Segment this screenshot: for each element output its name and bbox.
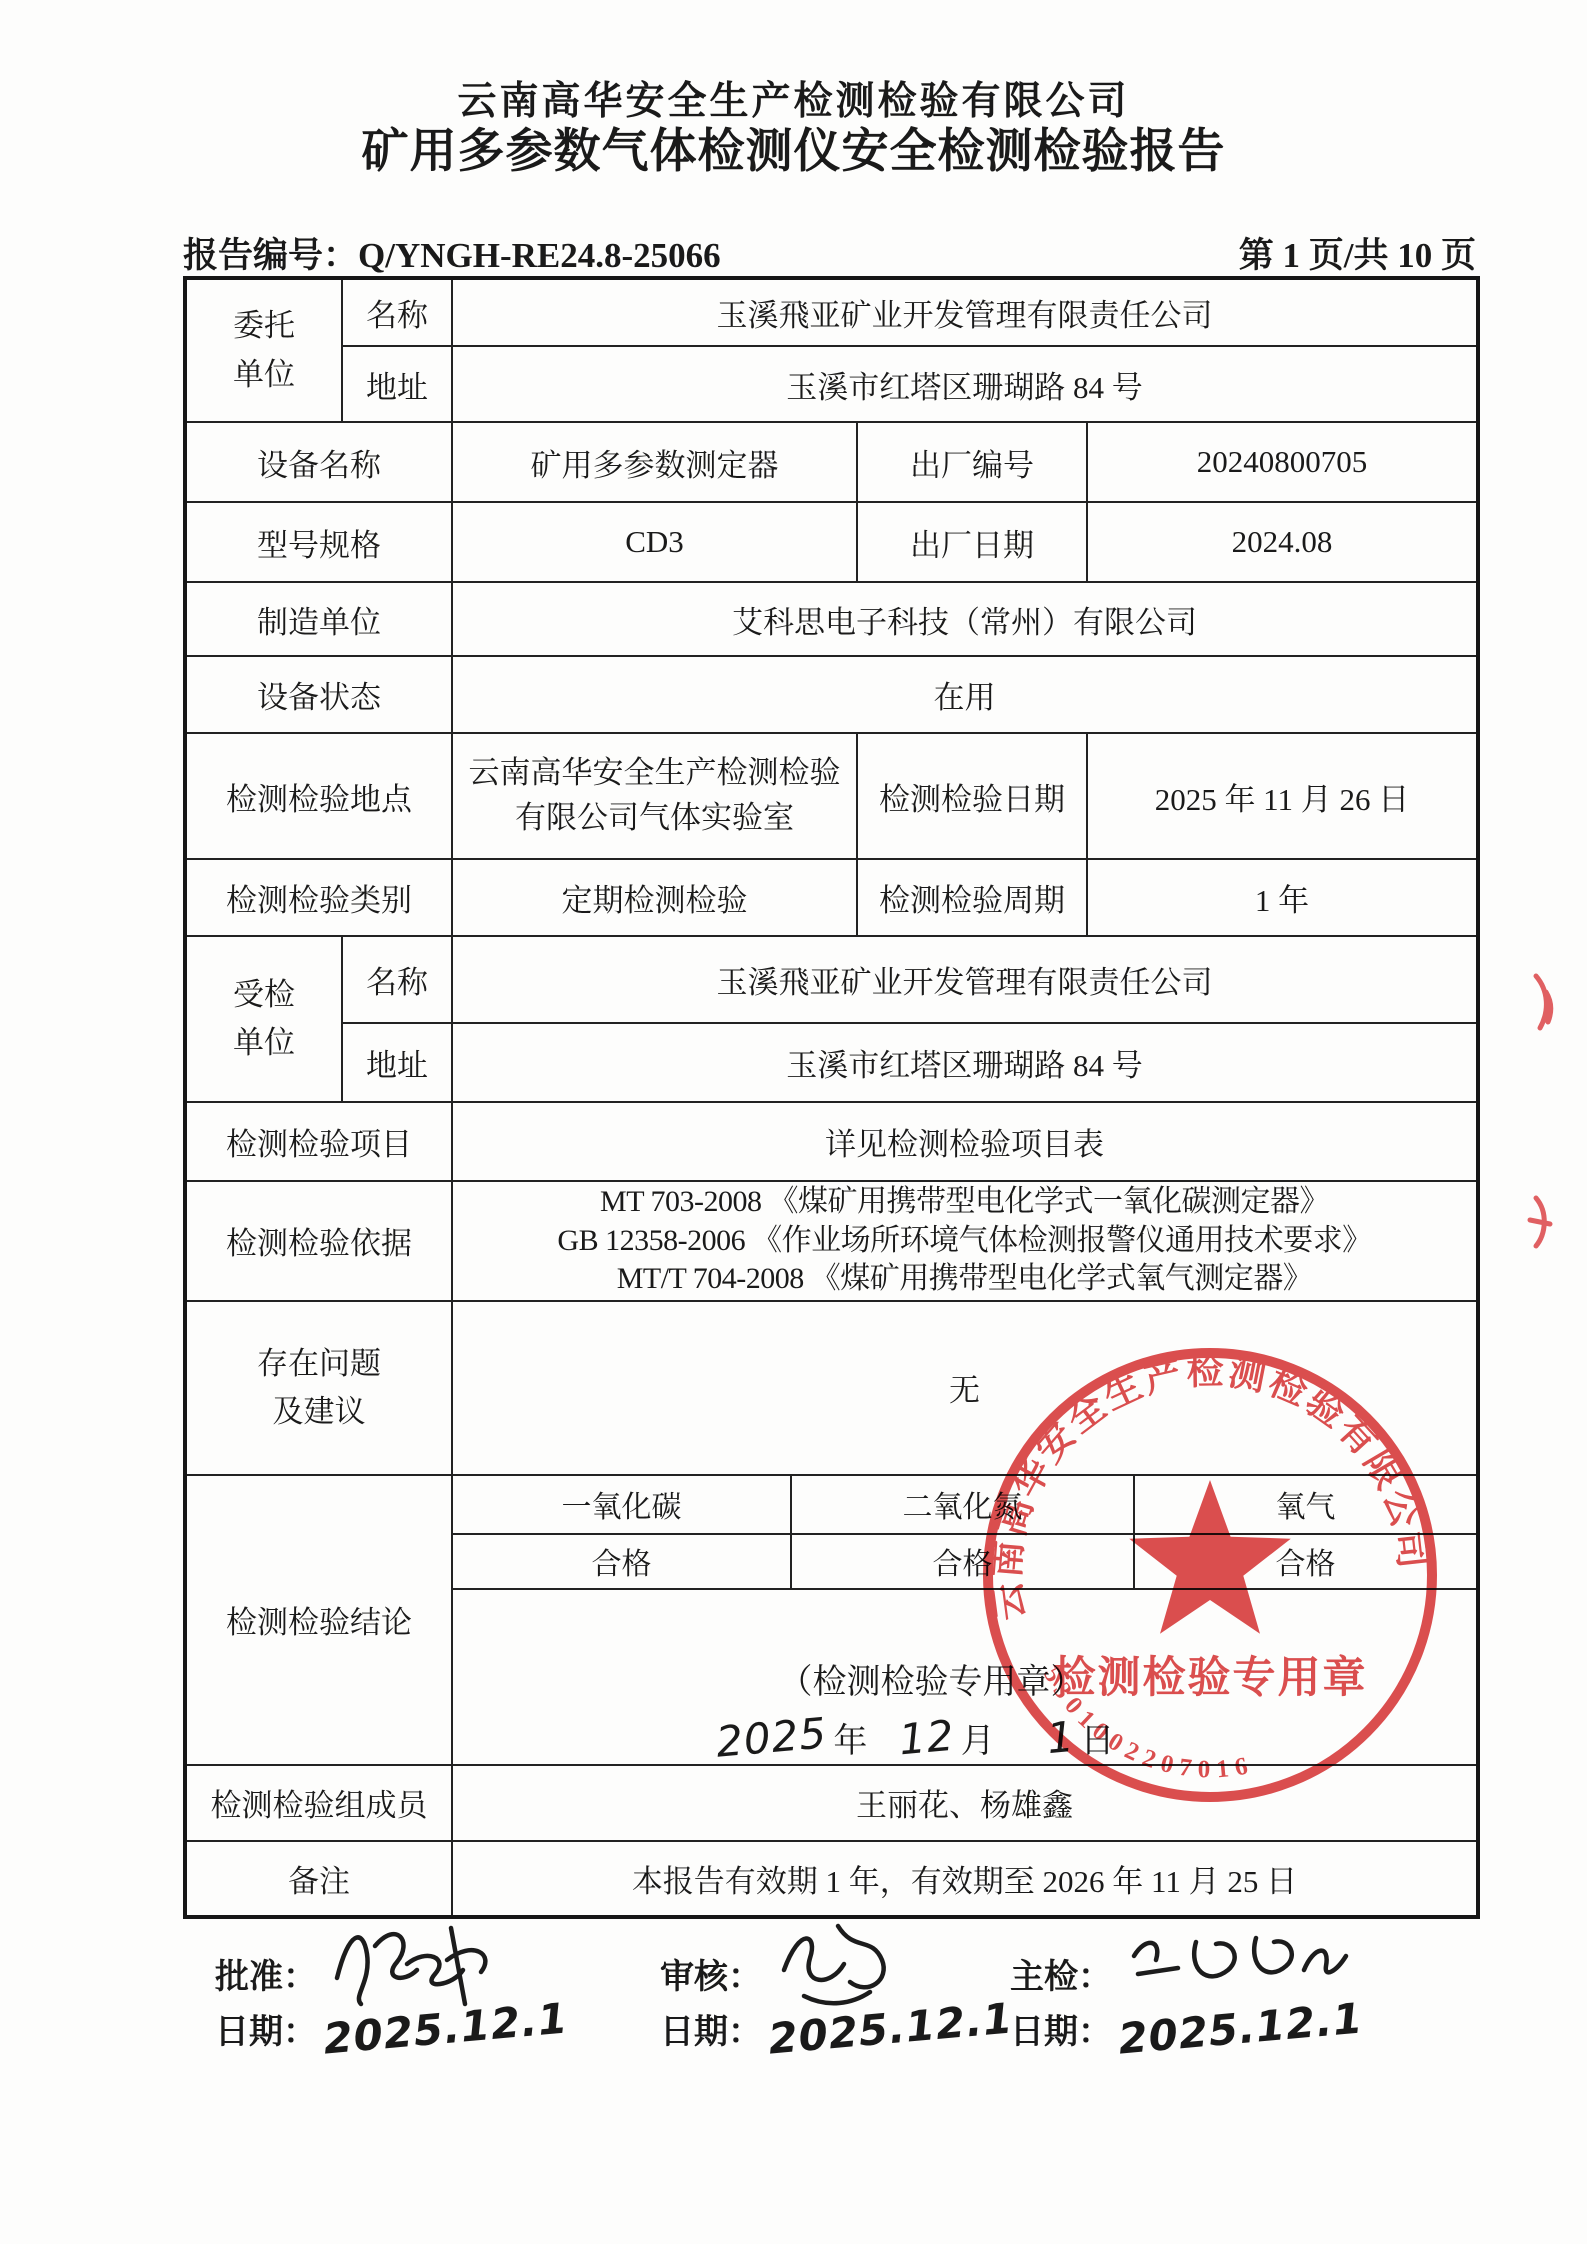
chief-block: 主检： 日期： 2025.12.1 (1010, 1912, 1430, 2053)
device-name-label: 设备名称 (185, 422, 452, 502)
handwritten-month: 12 (897, 1710, 957, 1764)
inspection-date-label: 检测检验日期 (857, 733, 1087, 859)
seal-star (1129, 1480, 1291, 1634)
table-row: 地址 玉溪市红塔区珊瑚路 84 号 (185, 346, 1478, 422)
handwritten-year: 2025 (715, 1708, 830, 1765)
problems-label: 存在问题及建议 (185, 1301, 452, 1475)
table-row: 设备名称 矿用多参数测定器 出厂编号 20240800705 (185, 422, 1478, 502)
table-row: 制造单位 艾科思电子科技（常州）有限公司 (185, 582, 1478, 656)
review-date-label: 日期： (660, 2004, 762, 2053)
device-status-label: 设备状态 (185, 656, 452, 733)
approve-block: 批准： 日期： 2025.12.1 (215, 1912, 635, 2053)
table-row: 检测检验地点 云南高华安全生产检测检验有限公司气体实验室 检测检验日期 2025… (185, 733, 1478, 859)
device-name-value: 矿用多参数测定器 (452, 422, 857, 502)
table-row: 地址 玉溪市红塔区珊瑚路 84 号 (185, 1023, 1478, 1102)
device-status-value: 在用 (452, 656, 1478, 733)
inspection-place-label: 检测检验地点 (185, 733, 452, 859)
chief-label: 主检： (1010, 1949, 1112, 1998)
chief-date-label: 日期： (1010, 2004, 1112, 2053)
basis-line: GB 12358-2006 《作业场所环境气体检测报警仪通用技术要求》 (461, 1223, 1468, 1260)
table-row: 委托单位 名称 玉溪飛亚矿业开发管理有限责任公司 (185, 278, 1478, 346)
scan-mark (1528, 972, 1558, 1032)
device-maker-label: 制造单位 (185, 582, 452, 656)
review-signature (768, 1912, 918, 2012)
client-addr-label: 地址 (342, 346, 452, 422)
report-number: 报告编号：Q/YNGH-RE24.8-25066 (183, 228, 721, 278)
approve-label: 批准： (215, 1949, 317, 1998)
gas-co: 一氧化碳 (452, 1475, 791, 1534)
inspection-place-value: 云南高华安全生产检测检验有限公司气体实验室 (452, 733, 857, 859)
device-mfgdate-label: 出厂日期 (857, 502, 1087, 582)
items-label: 检测检验项目 (185, 1102, 452, 1181)
report-meta-line: 报告编号：Q/YNGH-RE24.8-25066 第 1 页/共 10 页 (183, 228, 1476, 278)
remark-label: 备注 (185, 1841, 452, 1917)
client-name-value: 玉溪飛亚矿业开发管理有限责任公司 (452, 278, 1478, 346)
approve-date-label: 日期： (215, 2004, 317, 2053)
client-name-label: 名称 (342, 278, 452, 346)
scan-mark (1526, 1192, 1556, 1252)
approve-signature (323, 1912, 523, 2012)
table-row: 设备状态 在用 (185, 656, 1478, 733)
result-co: 合格 (452, 1534, 791, 1589)
inspection-type-value: 定期检测检验 (452, 859, 857, 936)
client-group-label: 委托单位 (185, 278, 342, 422)
table-row: 型号规格 CD3 出厂日期 2024.08 (185, 502, 1478, 582)
official-seal: 云南高华安全生产检测检验有限公司 检测检验专用章 5301002207016 (975, 1340, 1445, 1810)
basis-label: 检测检验依据 (185, 1181, 452, 1301)
inspected-group-label: 受检单位 (185, 936, 342, 1102)
device-model-value: CD3 (452, 502, 857, 582)
table-row: 备注 本报告有效期 1 年，有效期至 2026 年 11 月 25 日 (185, 1841, 1478, 1917)
report-title: 矿用多参数气体检测仪安全检测检验报告 (0, 114, 1587, 181)
inspected-name-value: 玉溪飛亚矿业开发管理有限责任公司 (452, 936, 1478, 1023)
inspection-cycle-label: 检测检验周期 (857, 859, 1087, 936)
device-serial-label: 出厂编号 (857, 422, 1087, 502)
items-value: 详见检测检验项目表 (452, 1102, 1478, 1181)
inspected-name-label: 名称 (342, 936, 452, 1023)
team-label: 检测检验组成员 (185, 1765, 452, 1841)
remark-value: 本报告有效期 1 年，有效期至 2026 年 11 月 25 日 (452, 1841, 1478, 1917)
conclusion-label: 检测检验结论 (185, 1475, 452, 1765)
inspection-date-value: 2025 年 11 月 26 日 (1087, 733, 1478, 859)
review-label: 审核： (660, 1949, 762, 1998)
basis-value: MT 703-2008 《煤矿用携带型电化学式一氧化碳测定器》 GB 12358… (452, 1181, 1478, 1301)
page-indicator: 第 1 页/共 10 页 (1239, 228, 1476, 278)
table-row: 检测检验项目 详见检测检验项目表 (185, 1102, 1478, 1181)
basis-line: MT/T 704-2008 《煤矿用携带型电化学式氧气测定器》 (461, 1261, 1468, 1298)
table-row: 受检单位 名称 玉溪飛亚矿业开发管理有限责任公司 (185, 936, 1478, 1023)
device-mfgdate-value: 2024.08 (1087, 502, 1478, 582)
device-model-label: 型号规格 (185, 502, 452, 582)
client-addr-value: 玉溪市红塔区珊瑚路 84 号 (452, 346, 1478, 422)
basis-line: MT 703-2008 《煤矿用携带型电化学式一氧化碳测定器》 (461, 1184, 1468, 1221)
report-page: 云南高华安全生产检测检验有限公司 矿用多参数气体检测仪安全检测检验报告 报告编号… (0, 0, 1587, 2244)
inspection-cycle-value: 1 年 (1087, 859, 1478, 936)
device-serial-value: 20240800705 (1087, 422, 1478, 502)
inspected-addr-value: 玉溪市红塔区珊瑚路 84 号 (452, 1023, 1478, 1102)
table-row: 检测检验依据 MT 703-2008 《煤矿用携带型电化学式一氧化碳测定器》 G… (185, 1181, 1478, 1301)
seal-center-text: 检测检验专用章 (1053, 1653, 1368, 1702)
inspected-addr-label: 地址 (342, 1023, 452, 1102)
inspection-type-label: 检测检验类别 (185, 859, 452, 936)
device-maker-value: 艾科思电子科技（常州）有限公司 (452, 582, 1478, 656)
table-row: 检测检验类别 定期检测检验 检测检验周期 1 年 (185, 859, 1478, 936)
